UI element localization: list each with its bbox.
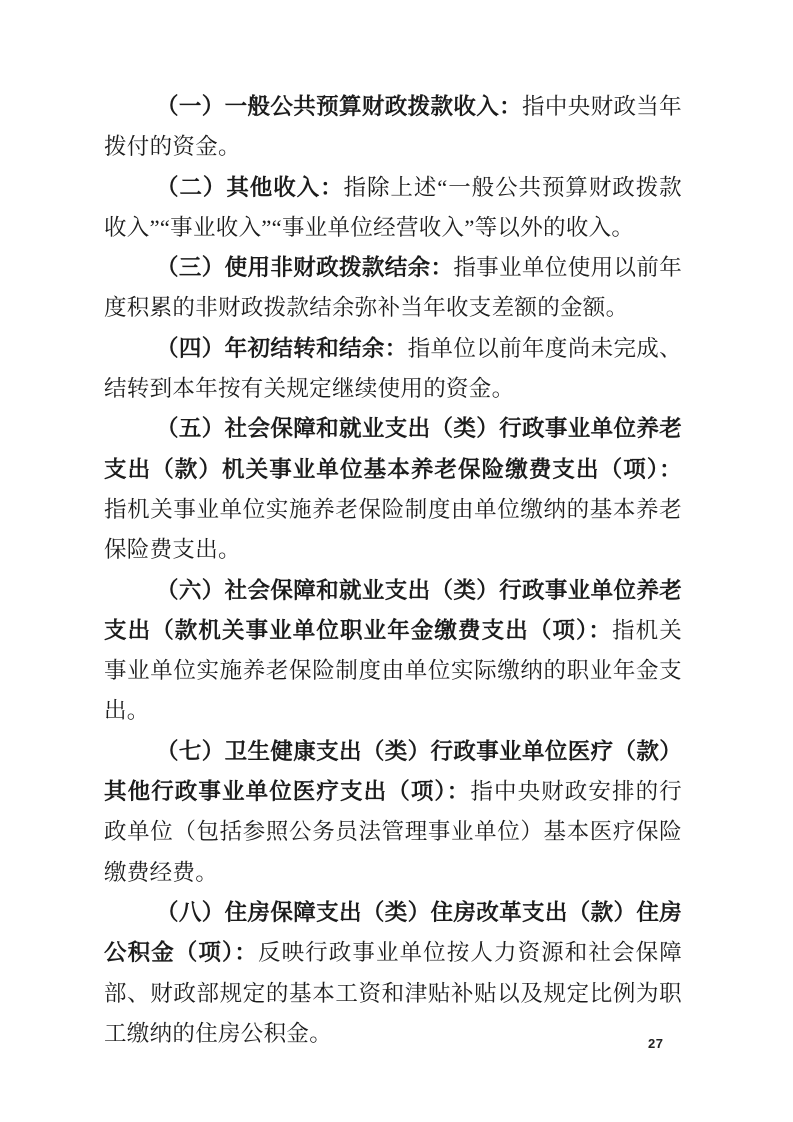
paragraph-1: （一）一般公共预算财政拨款收入：指中央财政当年拨付的资金。	[104, 87, 682, 168]
paragraph-8: （八）住房保障支出（类）住房改革支出（款）住房公积金（项）：反映行政事业单位按人…	[104, 893, 682, 1054]
paragraph-6-heading: （六）社会保障和就业支出（类）行政事业单位养老支出（款机关事业单位职业年金缴费支…	[104, 578, 682, 643]
paragraph-6: （六）社会保障和就业支出（类）行政事业单位养老支出（款机关事业单位职业年金缴费支…	[104, 571, 682, 732]
paragraph-7: （七）卫生健康支出（类）行政事业单位医疗（款）其他行政事业单位医疗支出（项）：指…	[104, 732, 682, 893]
document-page: （一）一般公共预算财政拨款收入：指中央财政当年拨付的资金。 （二）其他收入：指除…	[0, 0, 793, 1122]
paragraph-5: （五）社会保障和就业支出（类）行政事业单位养老支出（款）机关事业单位基本养老保险…	[104, 409, 682, 570]
paragraph-3: （三）使用非财政拨款结余：指事业单位使用以前年度积累的非财政拨款结余弥补当年收支…	[104, 248, 682, 329]
text-content: （一）一般公共预算财政拨款收入：指中央财政当年拨付的资金。 （二）其他收入：指除…	[104, 87, 682, 1054]
paragraph-5-body: 指机关事业单位实施养老保险制度由单位缴纳的基本养老保险费支出。	[104, 497, 682, 562]
paragraph-2-heading: （二）其他收入：	[156, 175, 344, 200]
paragraph-2: （二）其他收入：指除上述“一般公共预算财政拨款收入”“事业收入”“事业单位经营收…	[104, 168, 682, 249]
paragraph-1-heading: （一）一般公共预算财政拨款收入：	[156, 94, 522, 119]
page-number: 27	[648, 1036, 663, 1051]
paragraph-4-heading: （四）年初结转和结余：	[156, 336, 408, 361]
paragraph-5-heading: （五）社会保障和就业支出（类）行政事业单位养老支出（款）机关事业单位基本养老保险…	[104, 416, 682, 481]
paragraph-4: （四）年初结转和结余：指单位以前年度尚未完成、结转到本年按有关规定继续使用的资金…	[104, 329, 682, 410]
paragraph-3-heading: （三）使用非财政拨款结余：	[156, 255, 453, 280]
